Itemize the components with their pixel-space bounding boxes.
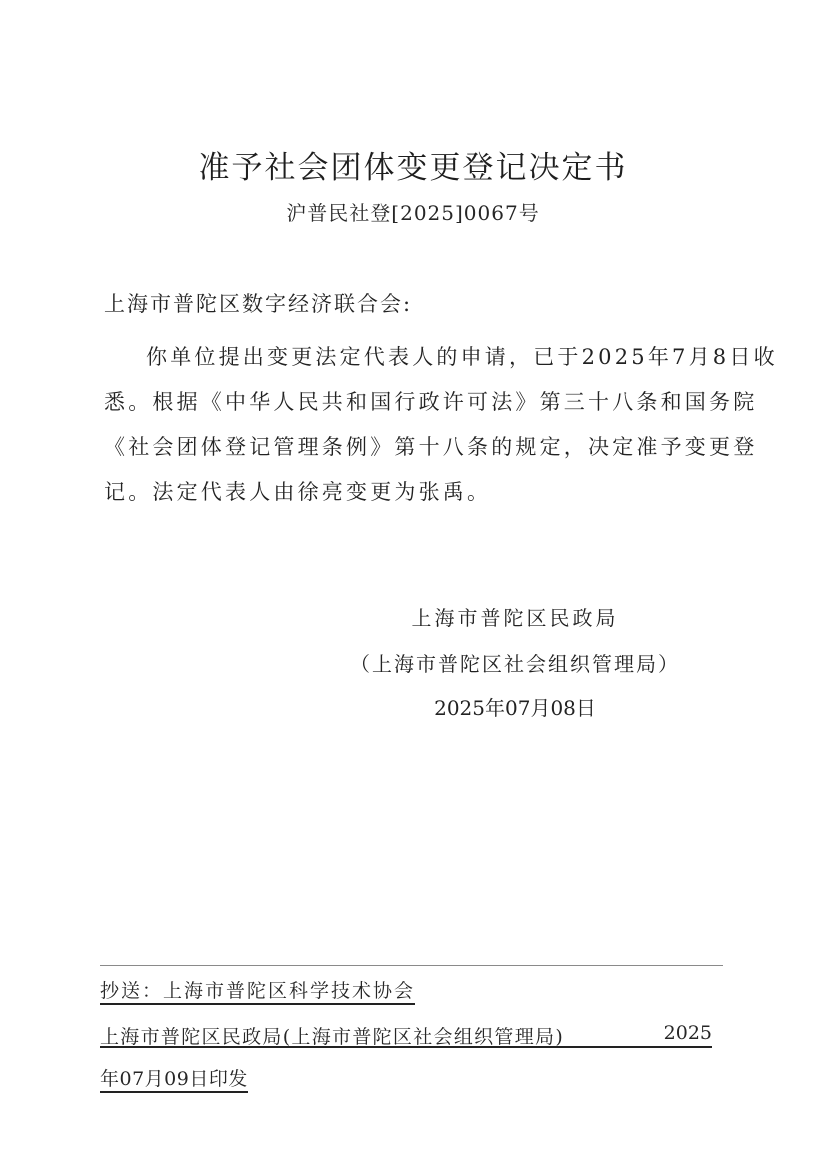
- cc-line: 抄送：上海市普陀区科学技术协会: [100, 976, 415, 1003]
- printer-line: 上海市普陀区民政局(上海市普陀区社会组织管理局) 2025: [100, 1022, 712, 1048]
- print-date: 年07月09日印发: [100, 1068, 248, 1093]
- print-year: 2025: [664, 1022, 712, 1044]
- body-line-3: 《社会团体登记管理条例》第十八条的规定，决定准予变更登: [104, 431, 757, 461]
- printer-name: 上海市普陀区民政局(上海市普陀区社会组织管理局): [100, 1026, 564, 1048]
- body-line-1: 你单位提出变更法定代表人的申请，已于2025年7月8日收: [146, 341, 778, 371]
- cc-text: 抄送：上海市普陀区科学技术协会: [100, 980, 415, 1005]
- body-line-4: 记。法定代表人由徐亮变更为张禹。: [104, 476, 491, 506]
- document-title: 准予社会团体变更登记决定书: [0, 142, 826, 187]
- body-line-2: 悉。根据《中华人民共和国行政许可法》第三十八条和国务院: [104, 386, 757, 416]
- issuer-name: 上海市普陀区民政局: [350, 602, 680, 631]
- footer-separator: [100, 965, 723, 966]
- addressee: 上海市普陀区数字经济联合会:: [104, 288, 412, 318]
- issue-date: 2025年07月08日: [350, 692, 680, 721]
- print-date-line: 年07月09日印发: [100, 1064, 248, 1091]
- document-number: 沪普民社登[2025]0067号: [0, 197, 826, 226]
- issuer-alias: （上海市普陀区社会组织管理局）: [340, 648, 690, 677]
